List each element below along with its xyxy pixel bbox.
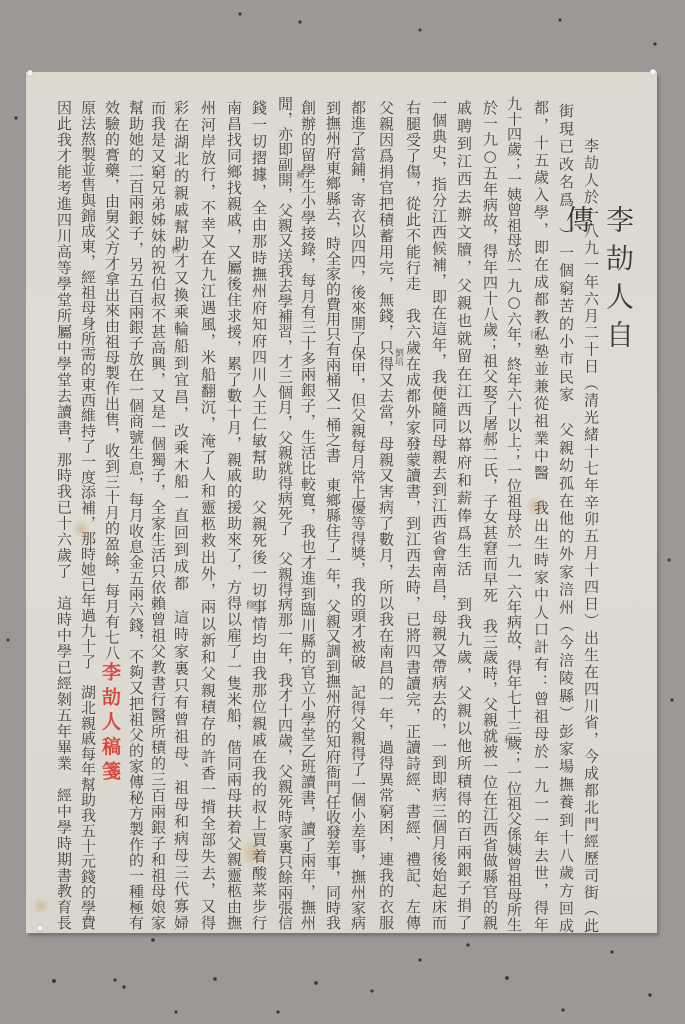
text-column-10: 都進了當鋪，寄衣以四四，後來開了保甲，但父親每月常上優等得獎，我的頭才被破 記得… [348, 100, 368, 930]
text-column-15: 南昌找同鄉找親戚，又屬後住求援，累了數十月，親戚的援助來了，方得以雇了一隻米船，… [224, 100, 244, 930]
marginal-note: 和 [501, 735, 514, 744]
pin-bottom-left-icon [37, 925, 43, 931]
marginal-note: 補 [293, 170, 306, 179]
text-column-18: 而我是又窮兄弟姊妹的祝伯叔不甚高興，又是一個獨子，全家生活只依賴曾祖父教書行醫所… [148, 100, 168, 930]
text-column-3: 都，十五歲入學，即在成都教私塾並兼從祖業中醫 我出生時家中人口計有：曾祖母於一九… [531, 100, 551, 932]
paper-stain [33, 898, 49, 914]
text-column-19: 幫助她的二百兩銀子，另五百兩銀子放在一個商號生息，每月收息金五兩六錢，不夠又把祖… [126, 100, 146, 930]
text-column-8: 右腿受了傷，從此不能行走 我六歲在成都外家發蒙讀書，到江西去時，已將四書讀完，正… [403, 100, 423, 930]
text-column-21: 原法熬製並售與錦成東，經祖母身所需的東西維持了一度添補，那時她已年過九十了 湖北… [78, 100, 98, 930]
marginal-note: 林 [168, 245, 181, 254]
text-column-20: 效驗的膏藥，由舅父方才拿出來由祖母製作出售，收到三十月的盈餘，每月有七八兩，解決… [102, 100, 122, 660]
marginal-note: 修 [243, 600, 256, 609]
pin-top-left-icon [27, 70, 33, 76]
text-column-16: 州河岸放行，不幸又在九江遇風，米船翻沉，淹了人和靈柩救出外，兩以新和父親積存的許… [198, 100, 218, 930]
marginal-note: 劉培 [392, 348, 405, 366]
text-column-1: 李劼人於一八九一年六月二十日（清光緒十七年辛卯五月十四日）出生在四川省，今成都北… [581, 138, 601, 933]
text-column-22: 因此我才能考進四川高等學堂所屬中學堂去讀書，那時我已十六歲了 這時中學已經剝五年… [54, 100, 74, 930]
text-column-7: 一個典史，指分江西候補，即在這年，我便隨同母親去到江西省會南昌，母親又帶病去的，… [429, 96, 449, 930]
marginal-note: 往 [527, 330, 540, 339]
pin-top-right-icon [650, 69, 656, 75]
red-ink-mark: 李劼人稿箋 [100, 662, 124, 780]
text-column-9: 父親因爲捐官把積蓄用完，無錢，只得又去當，母親又害病了數月，所以我在南昌的一年，… [376, 100, 396, 930]
text-column-4: 九十四歲；一姨曾祖母於一九○六年，終年六十以上；一位祖母於一九一六年病故，得年七… [504, 96, 524, 932]
document-title: 李劼人自傳 [604, 205, 638, 350]
text-column-17: 彩在湖北的親戚幫助才又換乘輪船到宜昌，改乘木船一直回到成都 這時家裏只有曾祖母、… [171, 100, 191, 930]
text-column-14: 錢一切摺據，全由那時撫州府知府四川人王仁敏幫助 父親死後一切事情均由我那位親戚在… [249, 100, 269, 930]
text-column-13: 閒，亦即副開，父親又送我去學補習，才三個月，父親就得病死了 父親得病那一年，我才… [275, 96, 295, 930]
text-column-11: 到撫州府東鄉縣去，時全家的費用只有兩桶又一桶之書 東鄉縣住了一年，父親又調到撫州… [323, 100, 343, 930]
text-column-2: 街現已改名爲 ）一個窮苦的小市民家 父親幼孤在他的外家涪州（今涪陵縣）彭家場撫養… [556, 103, 576, 933]
text-column-12: 創辦的留學生小學接錄，每月有三十多兩銀子，生活比較寬，我也才進到臨川縣的官立小學… [298, 100, 318, 930]
text-column-6: 戚聘到江西去辦文牘，父親也就留在江西以幕府和薪俸爲生活 到我九歲，父親以他所積得… [454, 100, 474, 930]
text-column-5: 於一九○五年病故，得年四十八歲；祖父娶了屠郝二氏，子女甚窘而早死 我三歲時，父親… [480, 100, 500, 930]
